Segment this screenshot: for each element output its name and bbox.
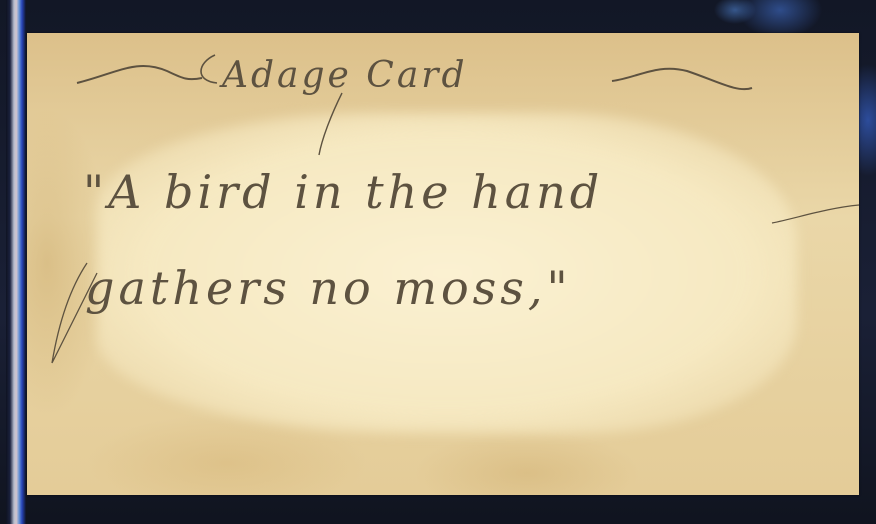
plastic-sleeve-edge xyxy=(6,0,26,524)
adage-card: Adage Card "A bird in the hand gathers n… xyxy=(27,33,859,495)
quote-line-1: "A bird in the hand xyxy=(83,165,603,219)
quote-line-2: gathers no moss," xyxy=(85,261,572,315)
card-title: Adage Card xyxy=(222,55,468,96)
